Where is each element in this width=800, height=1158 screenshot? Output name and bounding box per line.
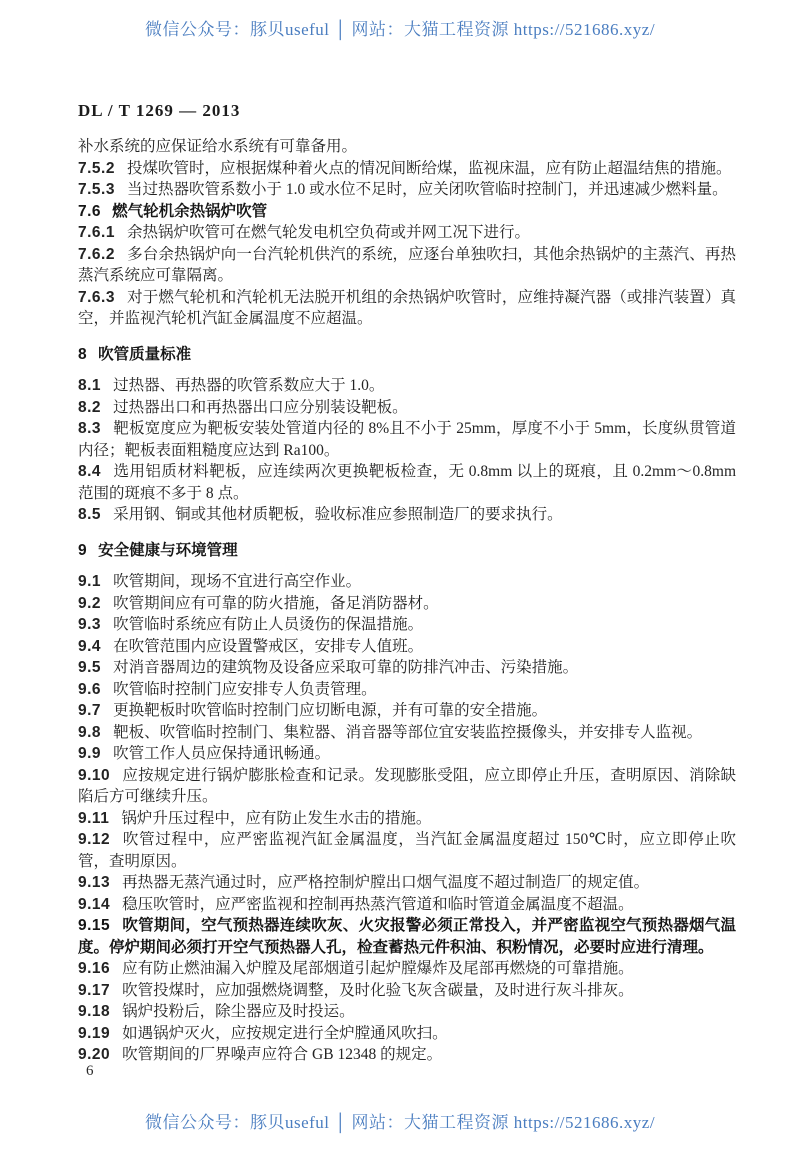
clause-9.8: 9.8靶板、吹管临时控制门、集粒器、消音器等部位宜安装监控摄像头，并安排专人监视…: [78, 722, 736, 744]
clause-text: 对于燃气轮机和汽轮机无法脱开机组的余热锅炉吹管时，应维持凝汽器（或排汽装置）真空…: [78, 289, 736, 328]
clause-number: 9.19: [78, 1025, 110, 1042]
clause-number: 7.5.3: [78, 181, 115, 198]
clause-number: 9.6: [78, 681, 101, 698]
clause-9.5: 9.5对消音器周边的建筑物及设备应采取可靠的防排汽冲击、污染措施。: [78, 657, 736, 679]
clause-text: 靶板、吹管临时控制门、集粒器、消音器等部位宜安装监控摄像头，并安排专人监视。: [113, 724, 702, 741]
clause-text: 应有防止燃油漏入炉膛及尾部烟道引起炉膛爆炸及尾部再燃烧的可靠措施。: [122, 960, 634, 977]
clause-text: 采用钢、铜或其他材质靶板，验收标准应参照制造厂的要求执行。: [113, 506, 563, 523]
clause-number: 9.13: [78, 874, 110, 891]
clause-7.6.3: 7.6.3对于燃气轮机和汽轮机无法脱开机组的余热锅炉吹管时，应维持凝汽器（或排汽…: [78, 287, 736, 330]
clause-9.11: 9.11锅炉升压过程中，应有防止发生水击的措施。: [78, 808, 736, 830]
clause-9.16: 9.16应有防止燃油漏入炉膛及尾部烟道引起炉膛爆炸及尾部再燃烧的可靠措施。: [78, 958, 736, 980]
watermark-footer: 微信公众号：豚贝useful │ 网站：大猫工程资源 https://52168…: [0, 1108, 800, 1133]
standard-number: DL / T 1269 — 2013: [78, 101, 240, 121]
clause-9.10: 9.10应按规定进行锅炉膨胀检查和记录。发现膨胀受阻，应立即停止升压，查明原因、…: [78, 765, 736, 808]
section-title: 安全健康与环境管理: [98, 542, 238, 559]
watermark-header-text: 微信公众号：豚贝useful │ 网站：大猫工程资源 https://52168…: [145, 20, 655, 39]
clause-text: 过热器出口和再热器出口应分别装设靶板。: [113, 399, 408, 416]
clause-8.5: 8.5采用钢、铜或其他材质靶板，验收标准应参照制造厂的要求执行。: [78, 504, 736, 526]
clause-number: 8.5: [78, 506, 101, 523]
clause-number: 9.3: [78, 616, 101, 633]
clause-text: 吹管临时控制门应安排专人负责管理。: [113, 681, 377, 698]
clause-8.1: 8.1过热器、再热器的吹管系数应大于 1.0。: [78, 375, 736, 397]
clause-9.20: 9.20吹管期间的厂界噪声应符合 GB 12348 的规定。: [78, 1044, 736, 1066]
clause-text: 对消音器周边的建筑物及设备应采取可靠的防排汽冲击、污染措施。: [113, 659, 578, 676]
clause-number: 9.18: [78, 1003, 110, 1020]
clause-number: 9.20: [78, 1046, 110, 1063]
clause-number: 9.2: [78, 595, 101, 612]
clause-number: 7.6: [78, 203, 101, 220]
clause-number: 8.2: [78, 399, 101, 416]
clause-9.9: 9.9吹管工作人员应保持通讯畅通。: [78, 743, 736, 765]
clause-9.15: 9.15吹管期间，空气预热器连续吹灰、火灾报警必须正常投入，并严密监视空气预热器…: [78, 915, 736, 958]
clause-text: 吹管工作人员应保持通讯畅通。: [113, 745, 330, 762]
clause-text: 更换靶板时吹管临时控制门应切断电源，并有可靠的安全措施。: [113, 702, 547, 719]
clause-text: 在吹管范围内应设置警戒区，安排专人值班。: [113, 638, 423, 655]
clause-8.4: 8.4选用铝质材料靶板，应连续两次更换靶板检查，无 0.8mm 以上的斑痕，且 …: [78, 461, 736, 504]
clause-9.18: 9.18锅炉投粉后，除尘器应及时投运。: [78, 1001, 736, 1023]
clause-text: 锅炉投粉后，除尘器应及时投运。: [122, 1003, 355, 1020]
clause-text: 吹管投煤时，应加强燃烧调整，及时化验飞灰含碳量，及时进行灰斗排灰。: [122, 982, 634, 999]
clause-number: 9.11: [78, 810, 109, 827]
clause-number: 9.8: [78, 724, 101, 741]
section-heading-7.6: 7.6燃气轮机余热锅炉吹管: [78, 201, 736, 223]
clause-text: 吹管期间，空气预热器连续吹灰、火灾报警必须正常投入，并严密监视空气预热器烟气温度…: [78, 917, 736, 956]
clause-number: 7.5.2: [78, 160, 115, 177]
clause-number: 9.16: [78, 960, 110, 977]
clause-text: 补水系统的应保证给水系统有可靠备用。: [78, 138, 357, 155]
clause-9.3: 9.3吹管临时系统应有防止人员烫伤的保温措施。: [78, 614, 736, 636]
clause-number: 7.6.3: [78, 289, 115, 306]
clause-7.5.3: 7.5.3当过热器吹管系数小于 1.0 或水位不足时，应关闭吹管临时控制门，并迅…: [78, 179, 736, 201]
clause-number: 7.6.1: [78, 224, 115, 241]
clause-text: 过热器、再热器的吹管系数应大于 1.0。: [113, 377, 384, 394]
clause-number: 7.6.2: [78, 246, 115, 263]
clause-number: 8.4: [78, 463, 101, 480]
clause-7.6.1: 7.6.1余热锅炉吹管可在燃气轮发电机空负荷或并网工况下进行。: [78, 222, 736, 244]
clause-text: 锅炉升压过程中，应有防止发生水击的措施。: [121, 810, 431, 827]
paragraph-continuation: 补水系统的应保证给水系统有可靠备用。: [78, 136, 736, 158]
clause-number: 9.12: [78, 831, 110, 848]
clause-text: 投煤吹管时，应根据煤种着火点的情况间断给煤，监视床温，应有防止超温结焦的措施。: [127, 160, 732, 177]
clause-9.17: 9.17吹管投煤时，应加强燃烧调整，及时化验飞灰含碳量，及时进行灰斗排灰。: [78, 980, 736, 1002]
clause-number: 9.4: [78, 638, 101, 655]
document-body: 补水系统的应保证给水系统有可靠备用。7.5.2投煤吹管时，应根据煤种着火点的情况…: [78, 136, 736, 1066]
watermark-footer-text: 微信公众号：豚贝useful │ 网站：大猫工程资源 https://52168…: [145, 1113, 655, 1132]
clause-8.3: 8.3靶板宽度应为靶板安装处管道内径的 8%且不小于 25mm，厚度不小于 5m…: [78, 418, 736, 461]
watermark-header: 微信公众号：豚贝useful │ 网站：大猫工程资源 https://52168…: [0, 15, 800, 40]
clause-number: 8: [78, 346, 87, 363]
clause-9.19: 9.19如遇锅炉灭火，应按规定进行全炉膛通风吹扫。: [78, 1023, 736, 1045]
clause-7.6.2: 7.6.2多台余热锅炉向一台汽轮机供汽的系统，应逐台单独吹扫，其他余热锅炉的主蒸…: [78, 244, 736, 287]
clause-8.2: 8.2过热器出口和再热器出口应分别装设靶板。: [78, 397, 736, 419]
clause-text: 应按规定进行锅炉膨胀检查和记录。发现膨胀受阻，应立即停止升压，查明原因、消除缺陷…: [78, 767, 736, 806]
section-heading-9: 9安全健康与环境管理: [78, 540, 736, 562]
clause-9.2: 9.2吹管期间应有可靠的防火措施，备足消防器材。: [78, 593, 736, 615]
section-title: 吹管质量标准: [98, 346, 191, 363]
scanned-document-page: { "banners": { "top": "微信公众号：豚贝useful │ …: [0, 0, 800, 1158]
clause-number: 9.17: [78, 982, 110, 999]
clause-9.1: 9.1吹管期间，现场不宜进行高空作业。: [78, 571, 736, 593]
clause-number: 9: [78, 542, 87, 559]
clause-number: 9.14: [78, 896, 110, 913]
clause-number: 9.7: [78, 702, 101, 719]
clause-number: 8.1: [78, 377, 101, 394]
clause-text: 选用铝质材料靶板，应连续两次更换靶板检查，无 0.8mm 以上的斑痕，且 0.2…: [78, 463, 736, 502]
clause-text: 当过热器吹管系数小于 1.0 或水位不足时，应关闭吹管临时控制门，并迅速减少燃料…: [127, 181, 728, 198]
clause-9.4: 9.4在吹管范围内应设置警戒区，安排专人值班。: [78, 636, 736, 658]
clause-number: 9.5: [78, 659, 101, 676]
clause-text: 靶板宽度应为靶板安装处管道内径的 8%且不小于 25mm，厚度不小于 5mm，长…: [78, 420, 736, 459]
clause-9.7: 9.7更换靶板时吹管临时控制门应切断电源，并有可靠的安全措施。: [78, 700, 736, 722]
clause-text: 稳压吹管时，应严密监视和控制再热蒸汽管道和临时管道金属温度不超温。: [122, 896, 634, 913]
clause-text: 余热锅炉吹管可在燃气轮发电机空负荷或并网工况下进行。: [127, 224, 530, 241]
section-heading-8: 8吹管质量标准: [78, 344, 736, 366]
clause-7.5.2: 7.5.2投煤吹管时，应根据煤种着火点的情况间断给煤，监视床温，应有防止超温结焦…: [78, 158, 736, 180]
clause-9.14: 9.14稳压吹管时，应严密监视和控制再热蒸汽管道和临时管道金属温度不超温。: [78, 894, 736, 916]
clause-number: 8.3: [78, 420, 101, 437]
clause-text: 多台余热锅炉向一台汽轮机供汽的系统，应逐台单独吹扫，其他余热锅炉的主蒸汽、再热蒸…: [78, 246, 736, 285]
clause-text: 吹管期间，现场不宜进行高空作业。: [113, 573, 361, 590]
clause-9.6: 9.6吹管临时控制门应安排专人负责管理。: [78, 679, 736, 701]
clause-number: 9.1: [78, 573, 101, 590]
clause-9.12: 9.12吹管过程中，应严密监视汽缸金属温度，当汽缸金属温度超过 150℃时，应立…: [78, 829, 736, 872]
clause-text: 吹管过程中，应严密监视汽缸金属温度，当汽缸金属温度超过 150℃时，应立即停止吹…: [78, 831, 736, 870]
clause-text: 吹管期间的厂界噪声应符合 GB 12348 的规定。: [122, 1046, 442, 1063]
clause-text: 吹管临时系统应有防止人员烫伤的保温措施。: [113, 616, 423, 633]
clause-text: 如遇锅炉灭火，应按规定进行全炉膛通风吹扫。: [122, 1025, 448, 1042]
clause-number: 9.15: [78, 917, 110, 934]
clause-9.13: 9.13再热器无蒸汽通过时，应严格控制炉膛出口烟气温度不超过制造厂的规定值。: [78, 872, 736, 894]
clause-text: 再热器无蒸汽通过时，应严格控制炉膛出口烟气温度不超过制造厂的规定值。: [122, 874, 649, 891]
page-number: 6: [86, 1063, 94, 1080]
clause-text: 吹管期间应有可靠的防火措施，备足消防器材。: [113, 595, 439, 612]
clause-number: 9.9: [78, 745, 101, 762]
section-title: 燃气轮机余热锅炉吹管: [112, 203, 267, 220]
clause-number: 9.10: [78, 767, 110, 784]
